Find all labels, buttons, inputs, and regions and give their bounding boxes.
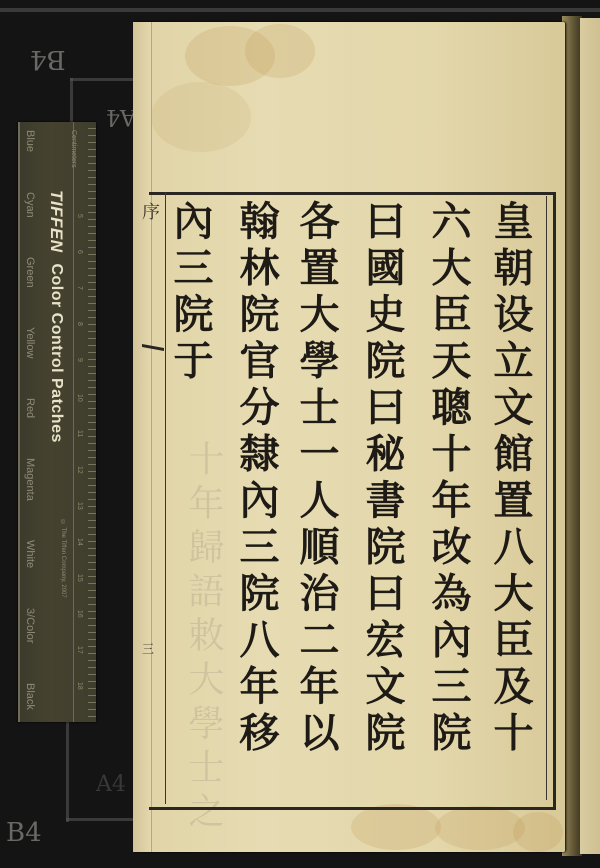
background-label-a4-bottom: A4 [96, 772, 126, 797]
strip-copyright: © The Tiffen Company, 2007 [60, 520, 66, 598]
patch-label: White [24, 540, 36, 568]
ruler-number: 10 [76, 394, 83, 402]
text-column-6: 內三院于 [170, 200, 210, 386]
background-bracket-vertical [70, 78, 73, 126]
brand-logo: TIFFEN [47, 190, 66, 253]
water-stain [513, 812, 563, 852]
ruler-number: 11 [76, 430, 83, 437]
frame-inner-rule [546, 196, 547, 800]
text-column-5: 翰林院官分隸內三院八年移 [236, 200, 276, 758]
fishtail-mark [142, 344, 164, 365]
ruler-number: 9 [76, 358, 83, 362]
ruler-number: 12 [76, 466, 83, 474]
patch-label: Red [24, 398, 36, 418]
patch-labels: Blue Cyan Green Yellow Red Magenta White… [24, 130, 36, 710]
ruler-number: 7 [76, 286, 83, 290]
ruler-number: 15 [76, 574, 83, 582]
ruler-number: 16 [76, 610, 83, 618]
ruler-number: 18 [76, 682, 83, 690]
water-stain [435, 806, 525, 850]
text-column-2: 六大臣天聰十年改為內三院 [428, 200, 468, 758]
ruler-number: 17 [76, 646, 83, 654]
background-bracket-lower-vertical [66, 722, 69, 822]
ruler-number: 14 [76, 538, 83, 546]
color-control-strip: Centimeters TIFFEN Color Control Patches… [18, 122, 96, 722]
background-top-rule [0, 8, 600, 12]
water-stain [245, 24, 315, 78]
margin-section-title: 序 [142, 198, 160, 224]
patch-label: Magenta [24, 458, 36, 501]
patch-label: Black [24, 683, 36, 710]
bleed-through-text: 十年歸語敕大學士之 [178, 440, 229, 836]
text-column-4: 各置大學士一人順治二年以 [296, 200, 336, 758]
strip-title: Color Control Patches [48, 263, 65, 442]
center-fold-rule [165, 192, 166, 804]
strip-brand-title: TIFFEN Color Control Patches [46, 190, 66, 443]
margin-page-number: 三 [142, 640, 154, 657]
patch-label: 3/Color [24, 608, 36, 643]
background-label-b4-top: B4 [30, 44, 66, 74]
ruler-number: 8 [76, 322, 83, 326]
book-spine-shadow [562, 16, 582, 856]
adjacent-page-edge [580, 18, 600, 854]
background-label-a4-middle: A4 [106, 104, 136, 129]
text-column-3: 曰國史院曰秘書院曰宏文院 [362, 200, 402, 758]
water-stain [351, 804, 441, 850]
patch-label: Cyan [24, 192, 36, 218]
ruler-number: 13 [76, 502, 83, 510]
text-column-1: 皇朝设立文館置八大臣及十 [490, 200, 530, 758]
ruler-number: 6 [76, 250, 83, 254]
patch-label: Green [24, 257, 36, 288]
water-stain [151, 82, 251, 152]
background-bracket-horizontal [70, 78, 134, 81]
ruler-unit-label: Centimeters [70, 130, 77, 168]
patch-label: Yellow [24, 327, 36, 358]
ruler-number: 5 [76, 214, 83, 218]
background-bracket-lower-horizontal [66, 818, 134, 821]
background-label-b4-bottom: B4 [6, 818, 42, 848]
centimeter-ruler [73, 122, 96, 722]
patch-label: Blue [24, 130, 36, 152]
